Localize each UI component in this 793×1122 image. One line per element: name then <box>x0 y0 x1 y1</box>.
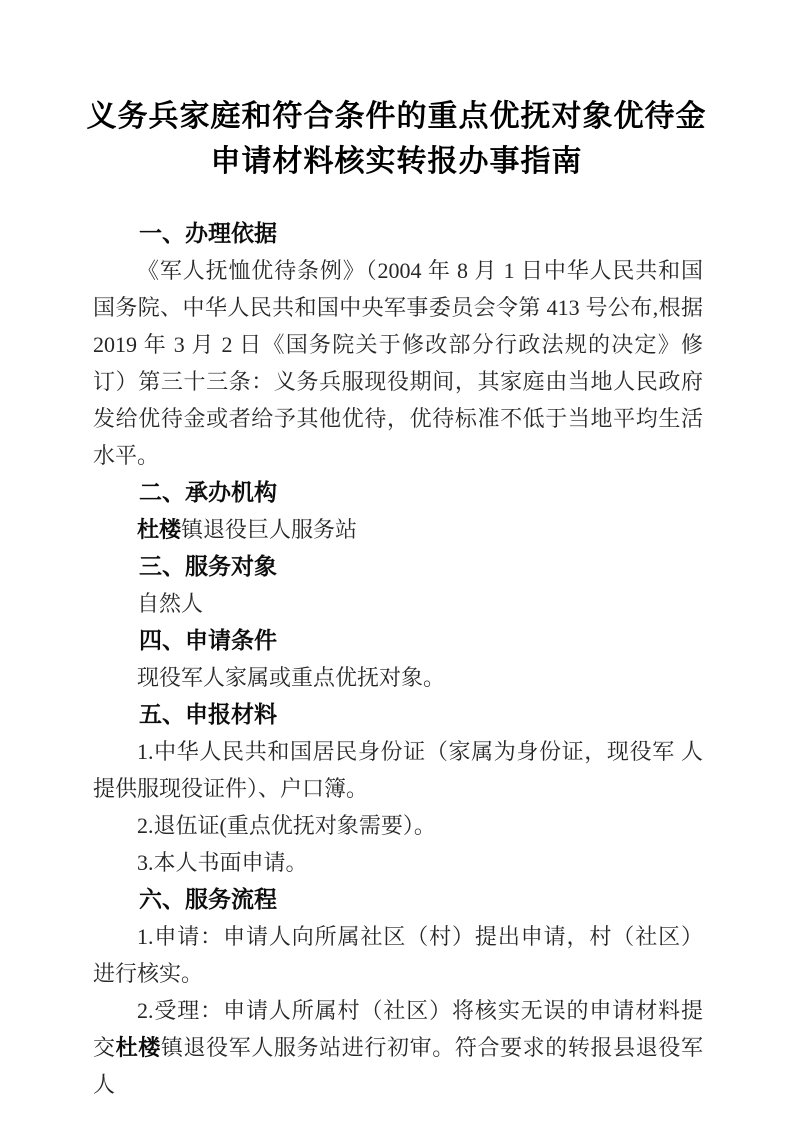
section-legal-basis: 一、办理依据 《军人抚恤优待条例》（2004 年 8 月 1 日中华人民共和国国… <box>93 215 703 474</box>
paragraph-material-item-2: 2.退伍证(重点优抚对象需要）。 <box>93 807 703 844</box>
section-handling-agency: 二、承办机构 杜楼镇退役巨人服务站 <box>93 474 703 548</box>
text-run: 2.退伍证(重点优抚对象需要）。 <box>137 813 436 838</box>
section-heading-service-target: 三、服务对象 <box>93 548 703 585</box>
paragraph-process-step-2: 2.受理：申请人所属村（社区）将核实无误的申请材料提交杜楼镇退役军人服务站进行初… <box>93 992 703 1103</box>
section-required-materials: 五、申报材料 1.中华人民共和国居民身份证（家属为身份证，现役军 人提供服现役证… <box>93 696 703 881</box>
section-heading-application-conditions: 四、申请条件 <box>93 622 703 659</box>
document-body: 一、办理依据 《军人抚恤优待条例》（2004 年 8 月 1 日中华人民共和国国… <box>0 215 793 1103</box>
section-heading-service-process: 六、服务流程 <box>93 881 703 918</box>
paragraph-material-item-1: 1.中华人民共和国居民身份证（家属为身份证，现役军 人提供服现役证件）、户口簿。 <box>93 733 703 807</box>
text-run: 1.中华人民共和国居民身份证（家属为身份证，现役军 人提供服现役证件）、户口簿。 <box>93 739 703 801</box>
bold-text-run: 杜楼 <box>137 517 181 542</box>
paragraph-legal-basis: 《军人抚恤优待条例》（2004 年 8 月 1 日中华人民共和国国务院、中华人民… <box>93 252 703 474</box>
document-page: 义务兵家庭和符合条件的重点优抚对象优待金 申请材料核实转报办事指南 一、办理依据… <box>0 0 793 1122</box>
bold-text-run: 杜楼 <box>116 1035 161 1060</box>
paragraph-process-step-1: 1.申请：申请人向所属社区（村）提出申请，村（社区） 进行核实。 <box>93 918 703 992</box>
text-run: 3.本人书面申请。 <box>137 850 308 875</box>
paragraph-application-conditions: 现役军人家属或重点优抚对象。 <box>93 659 703 696</box>
paragraph-handling-agency: 杜楼镇退役巨人服务站 <box>93 511 703 548</box>
section-heading-required-materials: 五、申报材料 <box>93 696 703 733</box>
text-run: 自然人 <box>137 591 203 616</box>
text-run: 现役军人家属或重点优抚对象。 <box>137 665 445 690</box>
text-run: 镇退役巨人服务站 <box>181 517 357 542</box>
title-line-1: 义务兵家庭和符合条件的重点优抚对象优待金 <box>0 94 793 139</box>
section-heading-legal-basis: 一、办理依据 <box>93 215 703 252</box>
text-run: 镇退役军人服务站进行初审。符合要求的转报县退役军人 <box>93 1035 703 1097</box>
text-run: 1.申请：申请人向所属社区（村）提出申请，村（社区） 进行核实。 <box>93 924 703 986</box>
section-service-process: 六、服务流程 1.申请：申请人向所属社区（村）提出申请，村（社区） 进行核实。 … <box>93 881 703 1103</box>
title-line-2: 申请材料核实转报办事指南 <box>0 139 793 184</box>
paragraph-material-item-3: 3.本人书面申请。 <box>93 844 703 881</box>
section-application-conditions: 四、申请条件 现役军人家属或重点优抚对象。 <box>93 622 703 696</box>
section-service-target: 三、服务对象 自然人 <box>93 548 703 622</box>
paragraph-service-target: 自然人 <box>93 585 703 622</box>
document-title: 义务兵家庭和符合条件的重点优抚对象优待金 申请材料核实转报办事指南 <box>0 0 793 184</box>
section-heading-handling-agency: 二、承办机构 <box>93 474 703 511</box>
text-run: 《军人抚恤优待条例》（2004 年 8 月 1 日中华人民共和国国务院、中华人民… <box>93 258 703 468</box>
